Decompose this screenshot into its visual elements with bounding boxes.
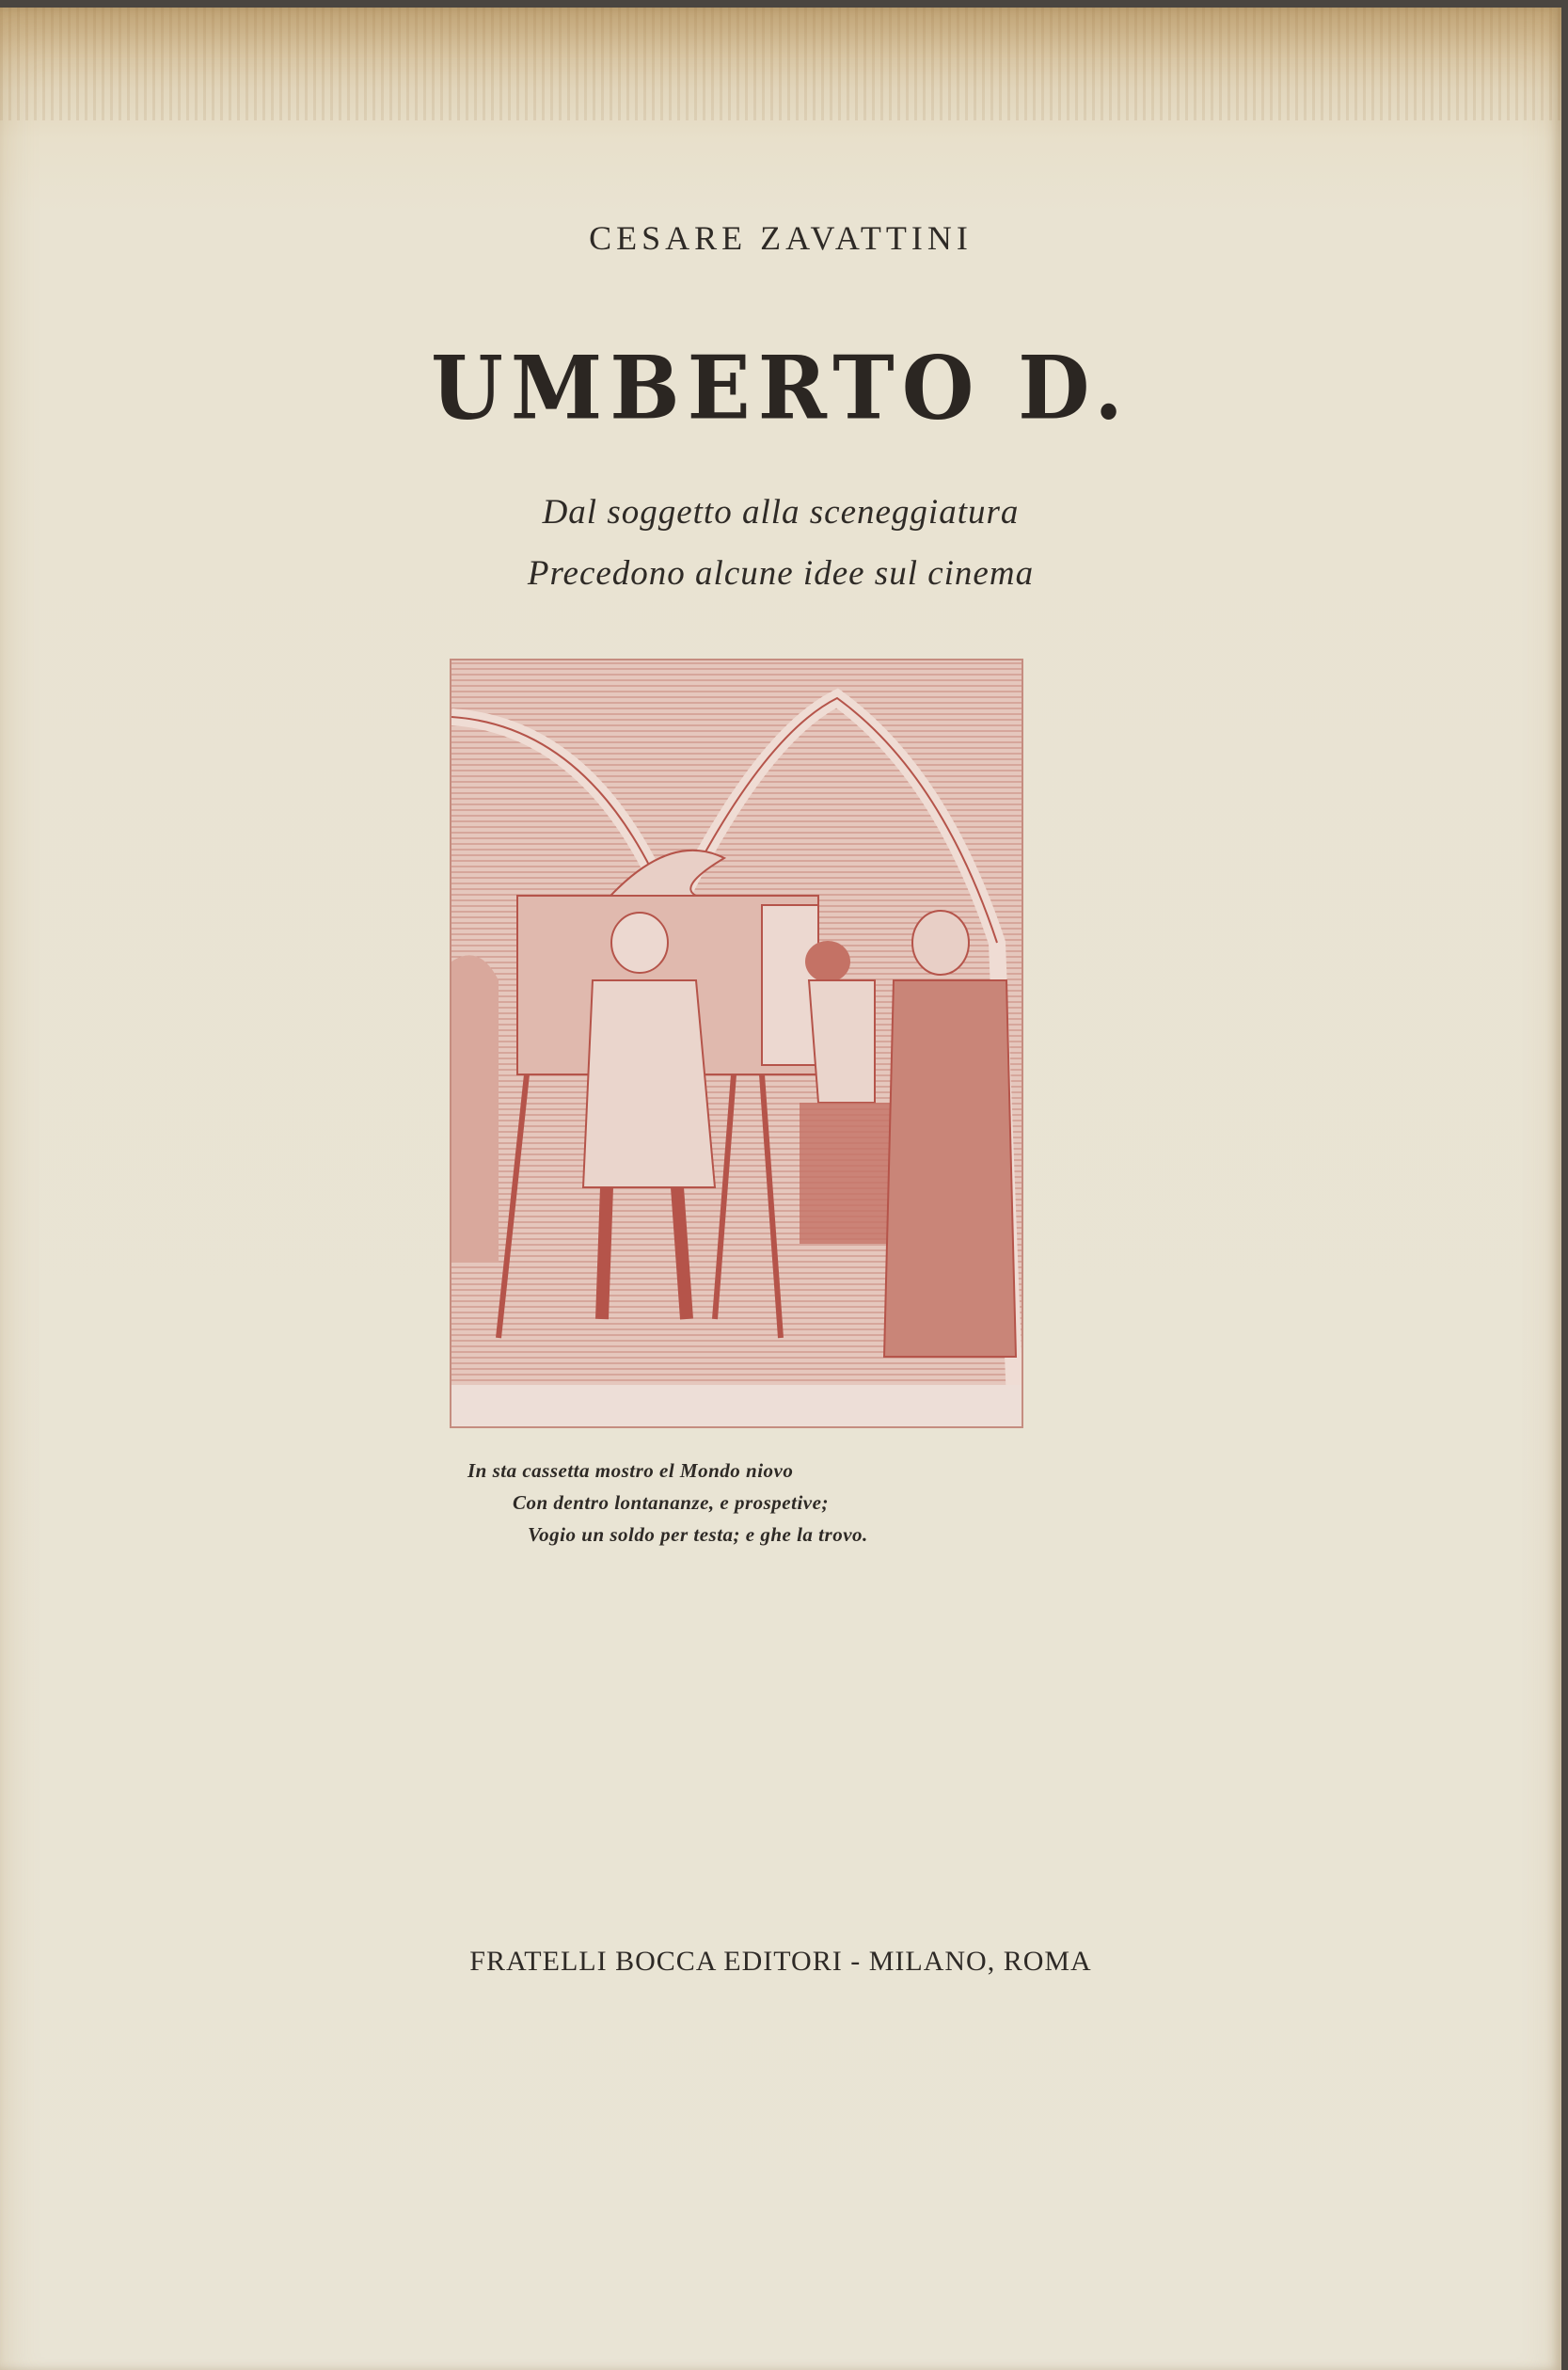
caption-line-2: Con dentro lontananze, e prospetive; — [467, 1487, 868, 1519]
age-stain — [0, 8, 1561, 120]
engraving-illustration-icon — [451, 660, 1022, 1426]
caption-line-3: Vogio un soldo per testa; e ghe la trovo… — [467, 1519, 868, 1551]
subtitle-line-1: Dal soggetto alla sceneggiatura — [0, 492, 1561, 533]
illustration-caption: In sta cassetta mostro el Mondo niovo Co… — [467, 1455, 868, 1551]
author-name: CESARE ZAVATTINI — [0, 218, 1561, 258]
caption-line-1: In sta cassetta mostro el Mondo niovo — [467, 1455, 868, 1487]
subtitle-line-2: Precedono alcune idee sul cinema — [0, 553, 1561, 594]
book-title: UMBERTO D. — [0, 336, 1561, 438]
cover-illustration — [450, 659, 1023, 1428]
book-cover: CESARE ZAVATTINI UMBERTO D. Dal soggetto… — [0, 8, 1561, 2370]
publisher-imprint: FRATELLI BOCCA EDITORI - MILANO, ROMA — [0, 1946, 1561, 1978]
